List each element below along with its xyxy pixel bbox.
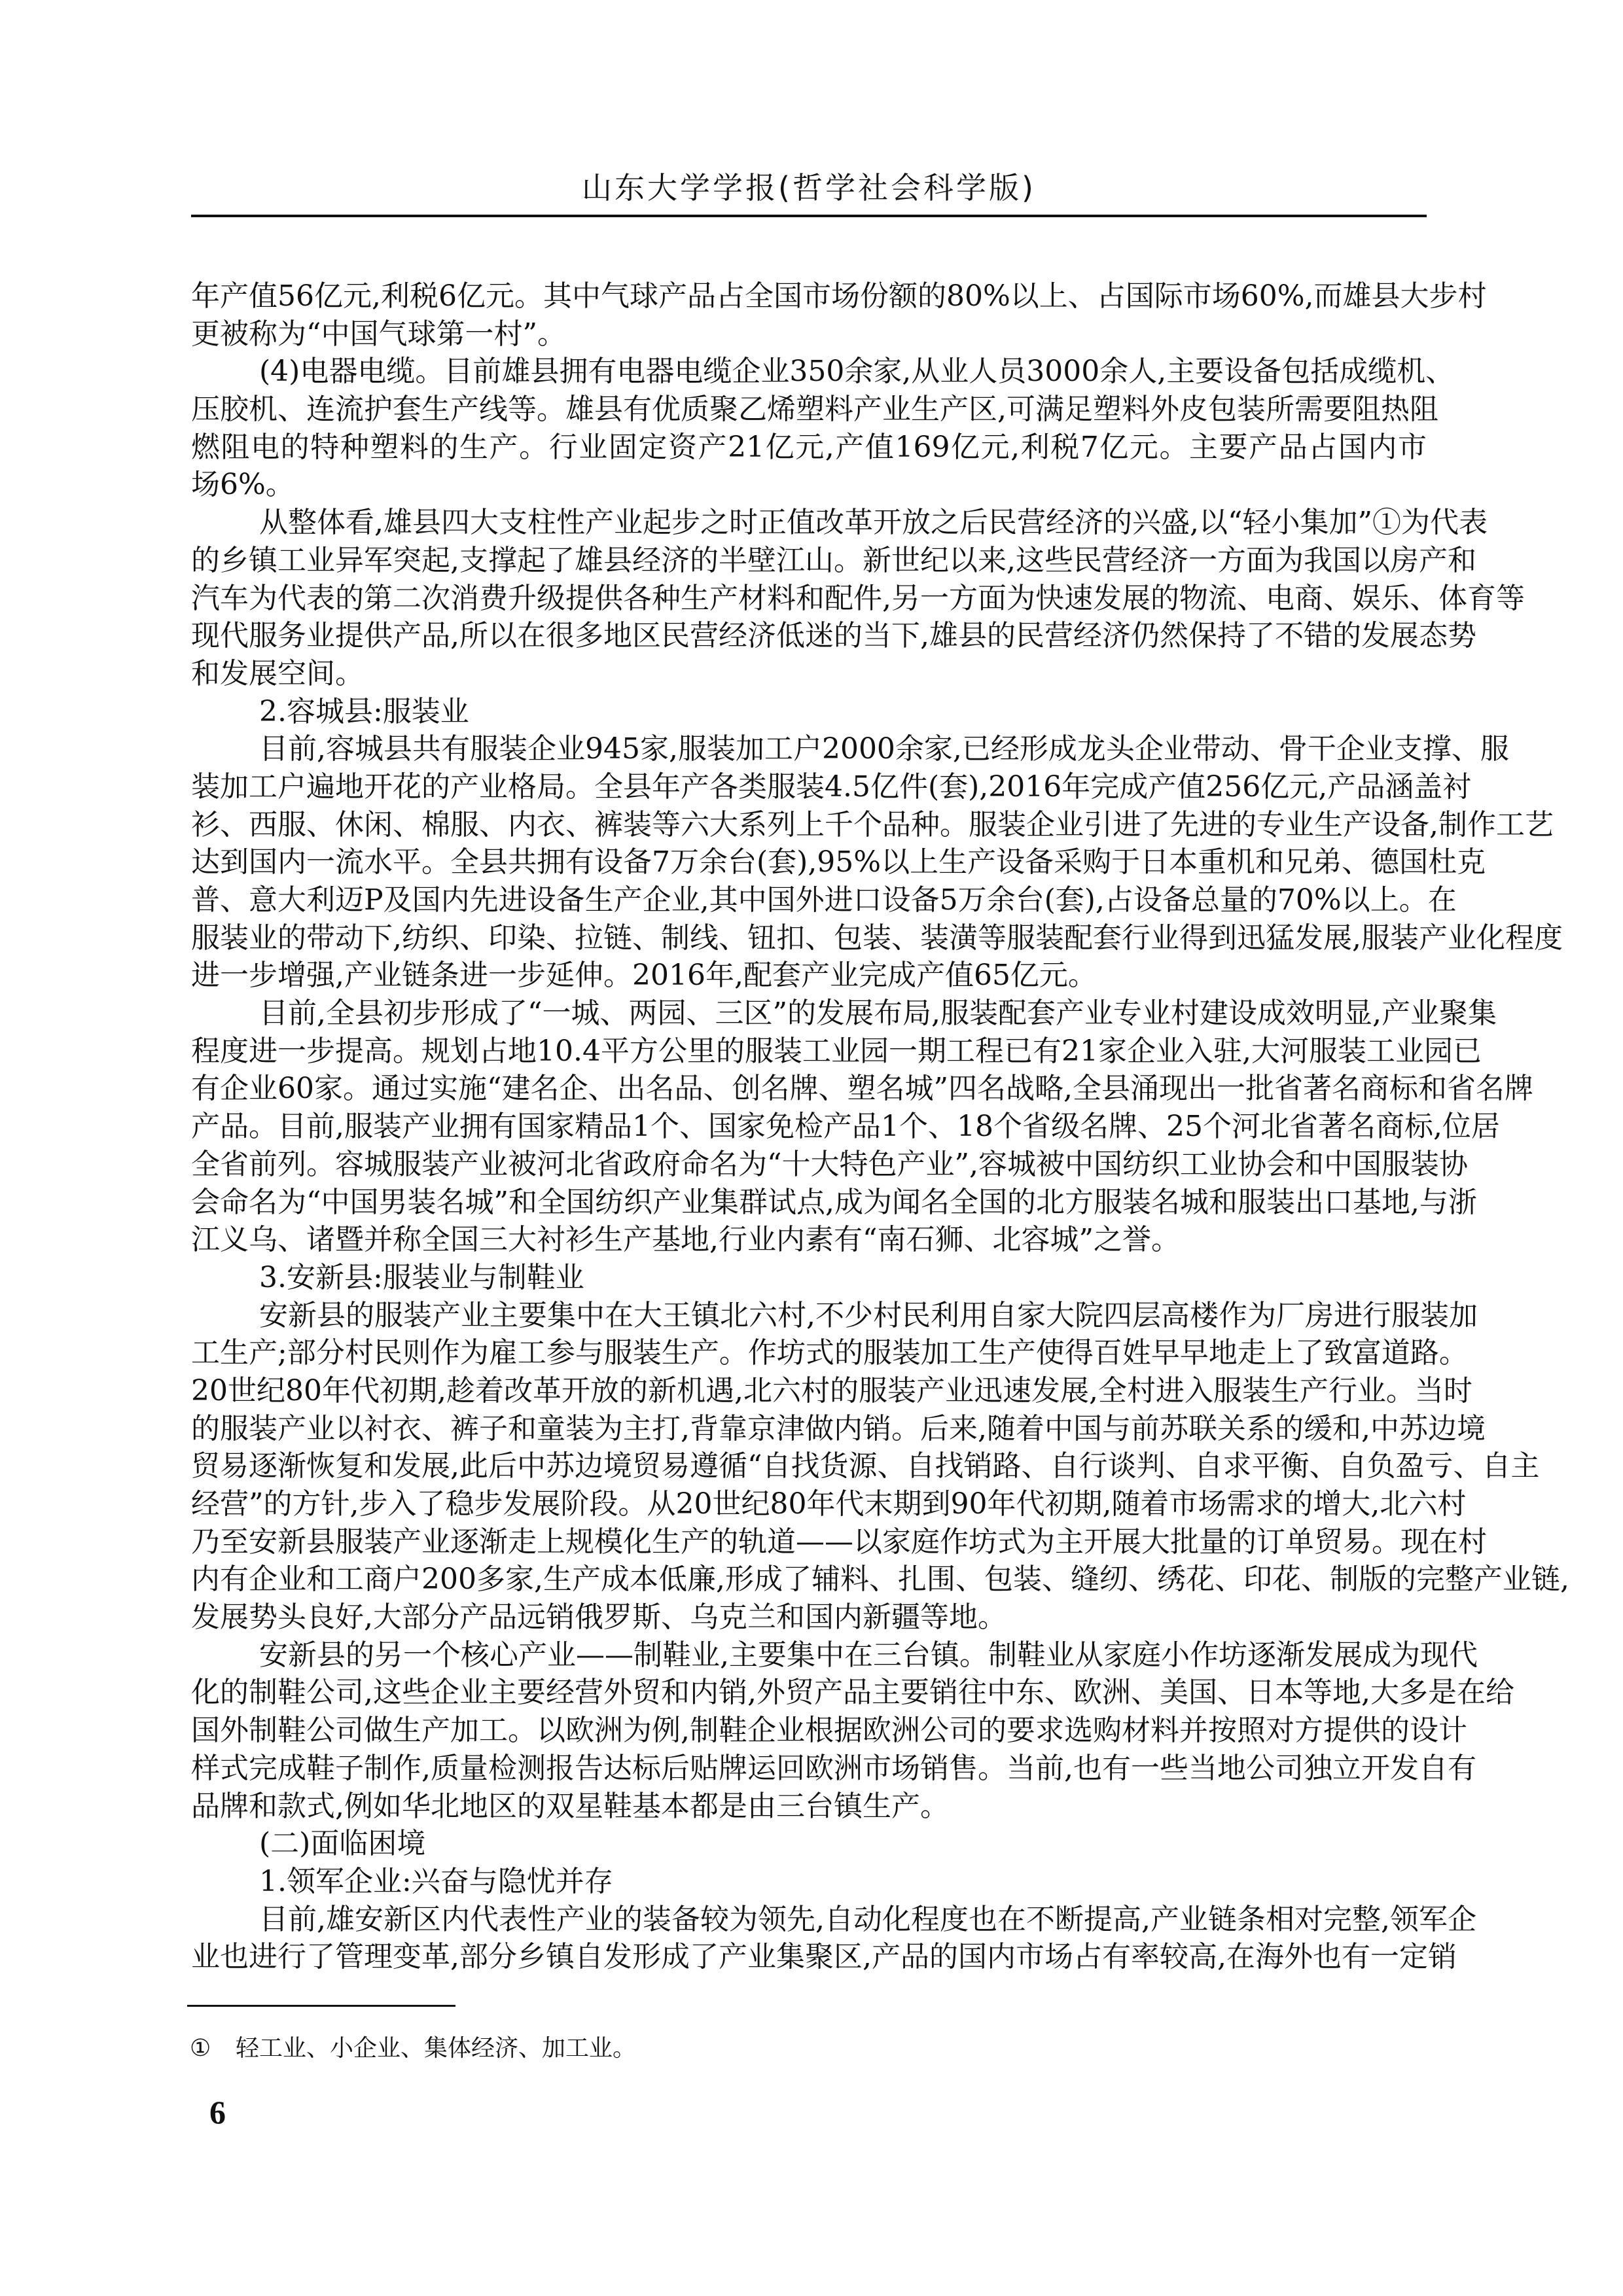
body-line: 江义乌、诸暨并称全国三大衬衫生产基地,行业内素有“南石狮、北容城”之誉。	[191, 1221, 1427, 1259]
body-line: 业也进行了管理变革,部分乡镇自发形成了产业集聚区,产品的国内市场占有率较高,在海…	[191, 1938, 1427, 1976]
running-head-journal-title: 山东大学学报(哲学社会科学版)	[191, 165, 1427, 211]
footnote: ①轻工业、小企业、集体经济、加工业。	[190, 2034, 636, 2064]
body-line: 年产值56亿元,利税6亿元。其中气球产品占全国市场份额的80%以上、占国际市场6…	[191, 277, 1427, 315]
body-line: 安新县的服装产业主要集中在大王镇北六村,不少村民利用自家大院四层高楼作为厂房进行…	[191, 1297, 1427, 1335]
body-line: 现代服务业提供产品,所以在很多地区民营经济低迷的当下,雄县的民营经济仍然保持了不…	[191, 617, 1427, 655]
body-line: 经营”的方针,步入了稳步发展阶段。从20世纪80年代末期到90年代初期,随着市场…	[191, 1485, 1427, 1523]
body-line: 达到国内一流水平。全县共拥有设备7万余台(套),95%以上生产设备采购于日本重机…	[191, 843, 1427, 881]
body-line: 进一步增强,产业链条进一步延伸。2016年,配套产业完成产值65亿元。	[191, 957, 1427, 995]
body-line: (4)电器电缆。目前雄县拥有电器电缆企业350余家,从业人员3000余人,主要设…	[191, 353, 1427, 391]
body-line: 目前,容城县共有服装企业945家,服装加工户2000余家,已经形成龙头企业带动、…	[191, 730, 1427, 768]
body-line: 压胶机、连流护套生产线等。雄县有优质聚乙烯塑料产业生产区,可满足塑料外皮包装所需…	[191, 391, 1427, 429]
body-line: 乃至安新县服装产业逐渐走上规模化生产的轨道——以家庭作坊式为主开展大批量的订单贸…	[191, 1523, 1427, 1561]
page-number: 6	[209, 2094, 226, 2130]
body-text: 年产值56亿元,利税6亿元。其中气球产品占全国市场份额的80%以上、占国际市场6…	[191, 277, 1427, 1976]
section-heading: (二)面临困境	[191, 1825, 1427, 1863]
body-line: 和发展空间。	[191, 655, 1427, 693]
footnote-rule	[187, 2005, 455, 2007]
body-line: 更被称为“中国气球第一村”。	[191, 315, 1427, 353]
body-line: 工生产;部分村民则作为雇工参与服装生产。作坊式的服装加工生产使得百姓早早地走上了…	[191, 1334, 1427, 1372]
body-line: 程度进一步提高。规划占地10.4平方公里的服装工业园一期工程已有21家企业入驻,…	[191, 1033, 1427, 1070]
body-line: 内有企业和工商户200多家,生产成本低廉,形成了辅料、扎围、包装、缝纫、绣花、印…	[191, 1561, 1427, 1598]
body-line: 装加工户遍地开花的产业格局。全县年产各类服装4.5亿件(套),2016年完成产值…	[191, 768, 1427, 806]
body-line: 目前,雄安新区内代表性产业的装备较为领先,自动化程度也在不断提高,产业链条相对完…	[191, 1901, 1427, 1939]
body-line: 有企业60家。通过实施“建名企、出名品、创名牌、塑名城”四名战略,全县涌现出一批…	[191, 1070, 1427, 1108]
header-rule	[191, 215, 1427, 217]
footnote-mark: ①	[190, 2034, 236, 2064]
body-line: 燃阻电的特种塑料的生产。行业固定资产21亿元,产值169亿元,利税7亿元。主要产…	[191, 429, 1427, 467]
footnote-text: 轻工业、小企业、集体经济、加工业。	[236, 2035, 636, 2062]
body-line: 贸易逐渐恢复和发展,此后中苏边境贸易遵循“自找货源、自找销路、自行谈判、自求平衡…	[191, 1447, 1427, 1485]
body-line: 汽车为代表的第二次消费升级提供各种生产材料和配件,另一方面为快速发展的物流、电商…	[191, 580, 1427, 618]
body-line: 发展势头良好,大部分产品远销俄罗斯、乌克兰和国内新疆等地。	[191, 1598, 1427, 1636]
body-line: 的服装产业以衬衣、裤子和童装为主打,背靠京津做内销。后来,随着中国与前苏联关系的…	[191, 1410, 1427, 1448]
body-line: 会命名为“中国男装名城”和全国纺织产业集群试点,成为闻名全国的北方服装名城和服装…	[191, 1184, 1427, 1222]
body-line: 20世纪80年代初期,趁着改革开放的新机遇,北六村的服装产业迅速发展,全村进入服…	[191, 1372, 1427, 1410]
body-line: 化的制鞋公司,这些企业主要经营外贸和内销,外贸产品主要销往中东、欧洲、美国、日本…	[191, 1674, 1427, 1712]
section-heading: 2.容城县:服装业	[191, 693, 1427, 731]
body-line: 安新县的另一个核心产业——制鞋业,主要集中在三台镇。制鞋业从家庭小作坊逐渐发展成…	[191, 1636, 1427, 1674]
section-heading: 3.安新县:服装业与制鞋业	[191, 1259, 1427, 1297]
section-heading: 1.领军企业:兴奋与隐忧并存	[191, 1863, 1427, 1901]
body-line: 服装业的带动下,纺织、印染、拉链、制线、钮扣、包装、装潢等服装配套行业得到迅猛发…	[191, 919, 1427, 957]
body-line: 样式完成鞋子制作,质量检测报告达标后贴牌运回欧洲市场销售。当前,也有一些当地公司…	[191, 1750, 1427, 1788]
body-line: 从整体看,雄县四大支柱性产业起步之时正值改革开放之后民营经济的兴盛,以“轻小集加…	[191, 504, 1427, 542]
body-line: 的乡镇工业异军突起,支撑起了雄县经济的半壁江山。新世纪以来,这些民营经济一方面为…	[191, 542, 1427, 580]
body-line: 国外制鞋公司做生产加工。以欧洲为例,制鞋企业根据欧洲公司的要求选购材料并按照对方…	[191, 1712, 1427, 1750]
body-line: 产品。目前,服装产业拥有国家精品1个、国家免检产品1个、18个省级名牌、25个河…	[191, 1108, 1427, 1146]
body-line: 全省前列。容城服装产业被河北省政府命名为“十大特色产业”,容城被中国纺织工业协会…	[191, 1146, 1427, 1184]
body-line: 目前,全县初步形成了“一城、两园、三区”的发展布局,服装配套产业专业村建设成效明…	[191, 995, 1427, 1033]
body-line: 衫、西服、休闲、棉服、内衣、裤装等六大系列上千个品种。服装企业引进了先进的专业生…	[191, 806, 1427, 844]
body-line: 场6%。	[191, 466, 1427, 504]
body-line: 品牌和款式,例如华北地区的双星鞋基本都是由三台镇生产。	[191, 1788, 1427, 1826]
body-line: 普、意大利迈P及国内先进设备生产企业,其中国外进口设备5万余台(套),占设备总量…	[191, 881, 1427, 919]
